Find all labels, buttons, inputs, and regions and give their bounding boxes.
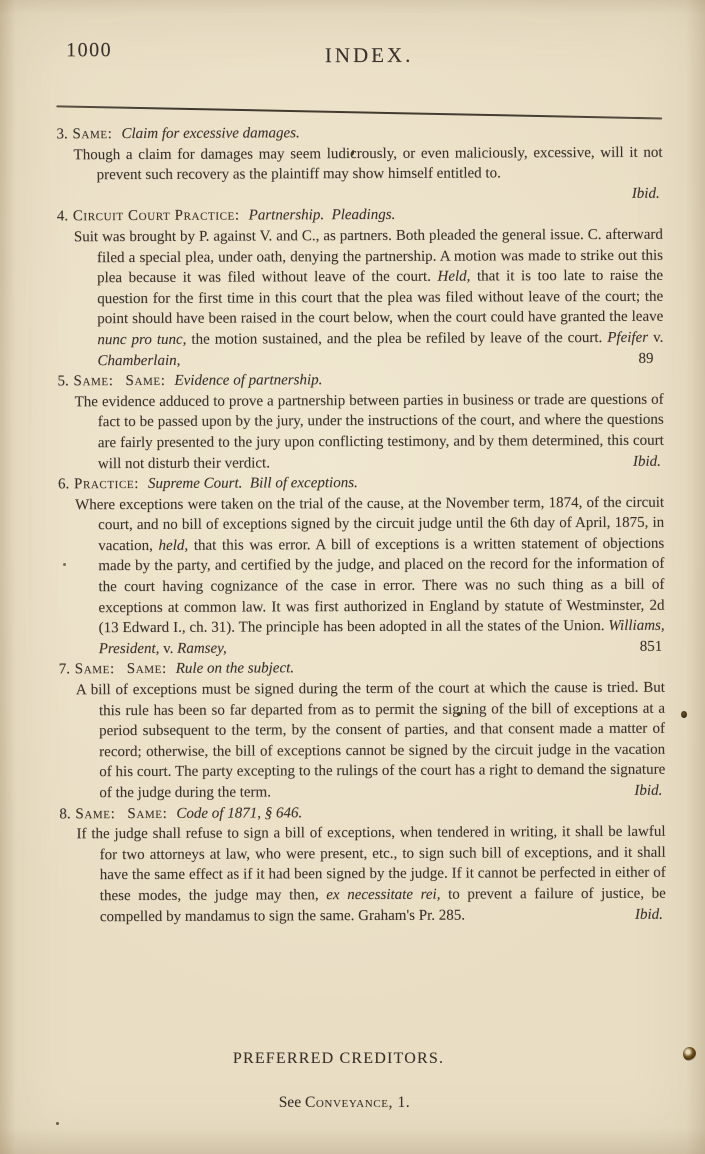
index-entries: 3.Same:Claim for excessive damages. Thou… xyxy=(56,122,665,928)
body-text: v. xyxy=(163,641,177,657)
ink-spot xyxy=(683,1047,696,1061)
body-text: The evidence adduced to prove a partners… xyxy=(75,391,664,471)
entry-body: If the judge shall refuse to sign a bill… xyxy=(59,822,665,928)
entry-label: Same: xyxy=(75,662,115,678)
entry-heading: 5.Same:Same:Evidence of partnership. xyxy=(57,369,663,392)
see-reference: Conveyance, 1. xyxy=(305,1094,410,1111)
page-header-title: INDEX. xyxy=(66,42,672,70)
entry-number: 7. xyxy=(59,660,72,681)
entry-heading: 6.Practice:Supreme Court. Bill of except… xyxy=(58,472,664,495)
entry-body: The evidence adduced to prove a partners… xyxy=(58,389,664,474)
case-name: Chamberlain, xyxy=(97,352,180,368)
body-text-italic: held, xyxy=(158,538,188,554)
body-text: the motion sustained, and the plea be re… xyxy=(186,330,607,348)
entry-label: Same: xyxy=(72,126,112,142)
book-page: 1000 INDEX. 3.Same:Claim for excessive d… xyxy=(0,0,705,1154)
case-name: Ramsey, xyxy=(177,640,227,656)
next-index-section: PREFERRED CREDITORS. See Conveyance, 1. xyxy=(0,1050,705,1112)
index-entry-7: 7.Same:Same:Rule on the subject. A bill … xyxy=(59,657,666,804)
entry-heading: 8.Same:Same:Code of 1871, § 646. xyxy=(59,801,665,824)
body-text: A bill of exceptions must be signed duri… xyxy=(76,680,665,801)
entry-title: Rule on the subject. xyxy=(176,661,294,678)
entry-title: Evidence of partnership. xyxy=(174,372,322,389)
ink-speck xyxy=(56,1122,59,1125)
ink-speck xyxy=(63,563,66,566)
entry-body: Suit was brought by P. against V. and C.… xyxy=(57,225,664,372)
page-header: 1000 INDEX. xyxy=(56,35,662,68)
section-heading: PREFERRED CREDITORS. xyxy=(0,1050,691,1068)
index-entry-6: 6.Practice:Supreme Court. Bill of except… xyxy=(58,472,665,660)
index-entry-5: 5.Same:Same:Evidence of partnership. The… xyxy=(57,369,663,475)
ink-speck xyxy=(681,711,687,718)
entry-label: Practice: xyxy=(74,476,139,492)
header-rule xyxy=(56,105,662,119)
entry-title: Supreme Court. Bill of exceptions. xyxy=(148,475,358,492)
entry-number: 8. xyxy=(59,804,72,825)
body-text: v. xyxy=(653,330,663,346)
entry-citation: Ibid. xyxy=(57,183,663,206)
entry-heading: 4.Circuit Court Practice:Partnership. Pl… xyxy=(57,204,663,227)
entry-label: Same: xyxy=(127,805,167,821)
entry-title: Claim for excessive damages. xyxy=(121,125,299,142)
entry-body: Where exceptions were taken on the trial… xyxy=(58,492,665,659)
entry-label: Same: xyxy=(127,661,167,677)
entry-label: Circuit Court Practice: xyxy=(73,208,240,225)
page-content: 1000 INDEX. 3.Same:Claim for excessive d… xyxy=(56,29,666,928)
entry-heading: 3.Same:Claim for excessive damages. xyxy=(56,122,662,145)
index-entry-4: 4.Circuit Court Practice:Partnership. Pl… xyxy=(57,204,664,371)
entry-title: Code of 1871, § 646. xyxy=(176,805,302,822)
body-text: Though a claim for damages may seem ludi… xyxy=(74,144,663,183)
body-text-italic: nunc pro tunc, xyxy=(97,332,186,348)
entry-label: Same: xyxy=(125,373,165,389)
entry-number: 6. xyxy=(58,474,71,495)
entry-number: 4. xyxy=(57,207,70,228)
index-entry-3: 3.Same:Claim for excessive damages. Thou… xyxy=(56,122,662,207)
index-entry-8: 8.Same:Same:Code of 1871, § 646. If the … xyxy=(59,801,666,927)
see-word: See xyxy=(279,1094,301,1111)
entry-label: Same: xyxy=(75,806,115,822)
entry-heading: 7.Same:Same:Rule on the subject. xyxy=(59,657,665,680)
case-name: Pfeifer xyxy=(607,330,653,346)
entry-label: Same: xyxy=(73,373,113,389)
ink-speck xyxy=(457,712,461,716)
body-text-italic: ex necessitate rei, xyxy=(326,887,440,903)
entry-title: Partnership. Pleadings. xyxy=(249,207,396,224)
entry-body: Though a claim for damages may seem ludi… xyxy=(56,142,662,186)
entry-number: 5. xyxy=(57,371,70,392)
entry-number: 3. xyxy=(56,124,69,145)
body-text-italic: Held, xyxy=(437,269,470,285)
entry-body: A bill of exceptions must be signed duri… xyxy=(59,678,666,804)
section-crossref: See Conveyance, 1. xyxy=(0,1094,697,1112)
